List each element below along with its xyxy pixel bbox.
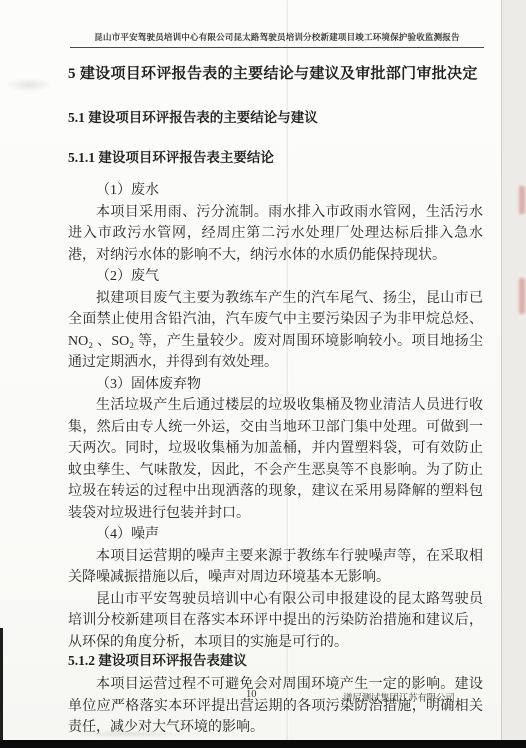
running-header: 昆山市平安驾驶员培训中心有限公司昆太路驾驶员培训分校新建项目竣工环境保护验收监测… (70, 31, 484, 48)
section-5-1-2-paragraph: 本项目运营过程不可避免会对周围环境产生一定的影响。建设单位应严格落实本环评提出营… (68, 674, 483, 739)
item-wastewater-label: （1）废水 (68, 180, 483, 202)
item-noise-label: （4）噪声 (68, 524, 483, 546)
item-solid-waste-paragraph: 生活垃圾产生后通过楼层的垃圾收集桶及物业清洁人员进行收集，然后由专人统一外运，交… (68, 395, 483, 524)
scan-right-margin (501, 0, 526, 741)
footer-company-name: 谱尼测试集团江苏有限公司 (343, 690, 455, 704)
page-number: 10 (246, 689, 257, 700)
conclusion-paragraph: 昆山市平安驾驶员培训中心有限公司申报建设的昆太路驾驶员培训分校新建项目在落实本环… (68, 589, 483, 654)
scan-left-edge (0, 628, 3, 740)
section-5-1-2-heading: 5.1.2 建设项目环评报告表建议 (68, 653, 483, 669)
section-5-1-heading: 5.1 建设项目环评报告表的主要结论与建议 (68, 110, 483, 126)
page-content: 5 建设项目环评报告表的主要结论与建议及审批部门审批决定 5.1 建设项目环评报… (68, 64, 483, 739)
red-ink-bleedthrough-mark (519, 186, 525, 214)
item-exhaust-label: （2）废气 (68, 266, 483, 288)
chapter-title: 5 建设项目环评报告表的主要结论与建议及审批部门审批决定 (68, 64, 483, 84)
item-solid-waste-label: （3）固体废弃物 (68, 374, 483, 396)
running-header-text: 昆山市平安驾驶员培训中心有限公司昆太路驾驶员培训分校新建项目竣工环境保护验收监测… (94, 32, 459, 42)
item-exhaust-paragraph: 拟建项目废气主要为教练车产生的汽车尾气、扬尘，昆山市已全面禁止使用含铅汽油，汽车… (68, 288, 483, 374)
scan-bottom-edge (0, 740, 526, 748)
section-5-1-1-heading: 5.1.1 建设项目环评报告表主要结论 (68, 150, 483, 166)
item-wastewater-paragraph: 本项目采用雨、污分流制。雨水排入市政雨水管网，生活污水进入市政污水管网，经周庄第… (68, 202, 483, 267)
item-noise-paragraph: 本项目运营期的噪声主要来源于教练车行驶噪声等，在采取相关降噪减振措施以后，噪声对… (68, 546, 483, 589)
red-ink-bleedthrough-mark (519, 278, 525, 314)
scanned-report-page: 昆山市平安驾驶员培训中心有限公司昆太路驾驶员培训分校新建项目竣工环境保护验收监测… (0, 0, 526, 748)
scan-smudge (6, 78, 52, 92)
